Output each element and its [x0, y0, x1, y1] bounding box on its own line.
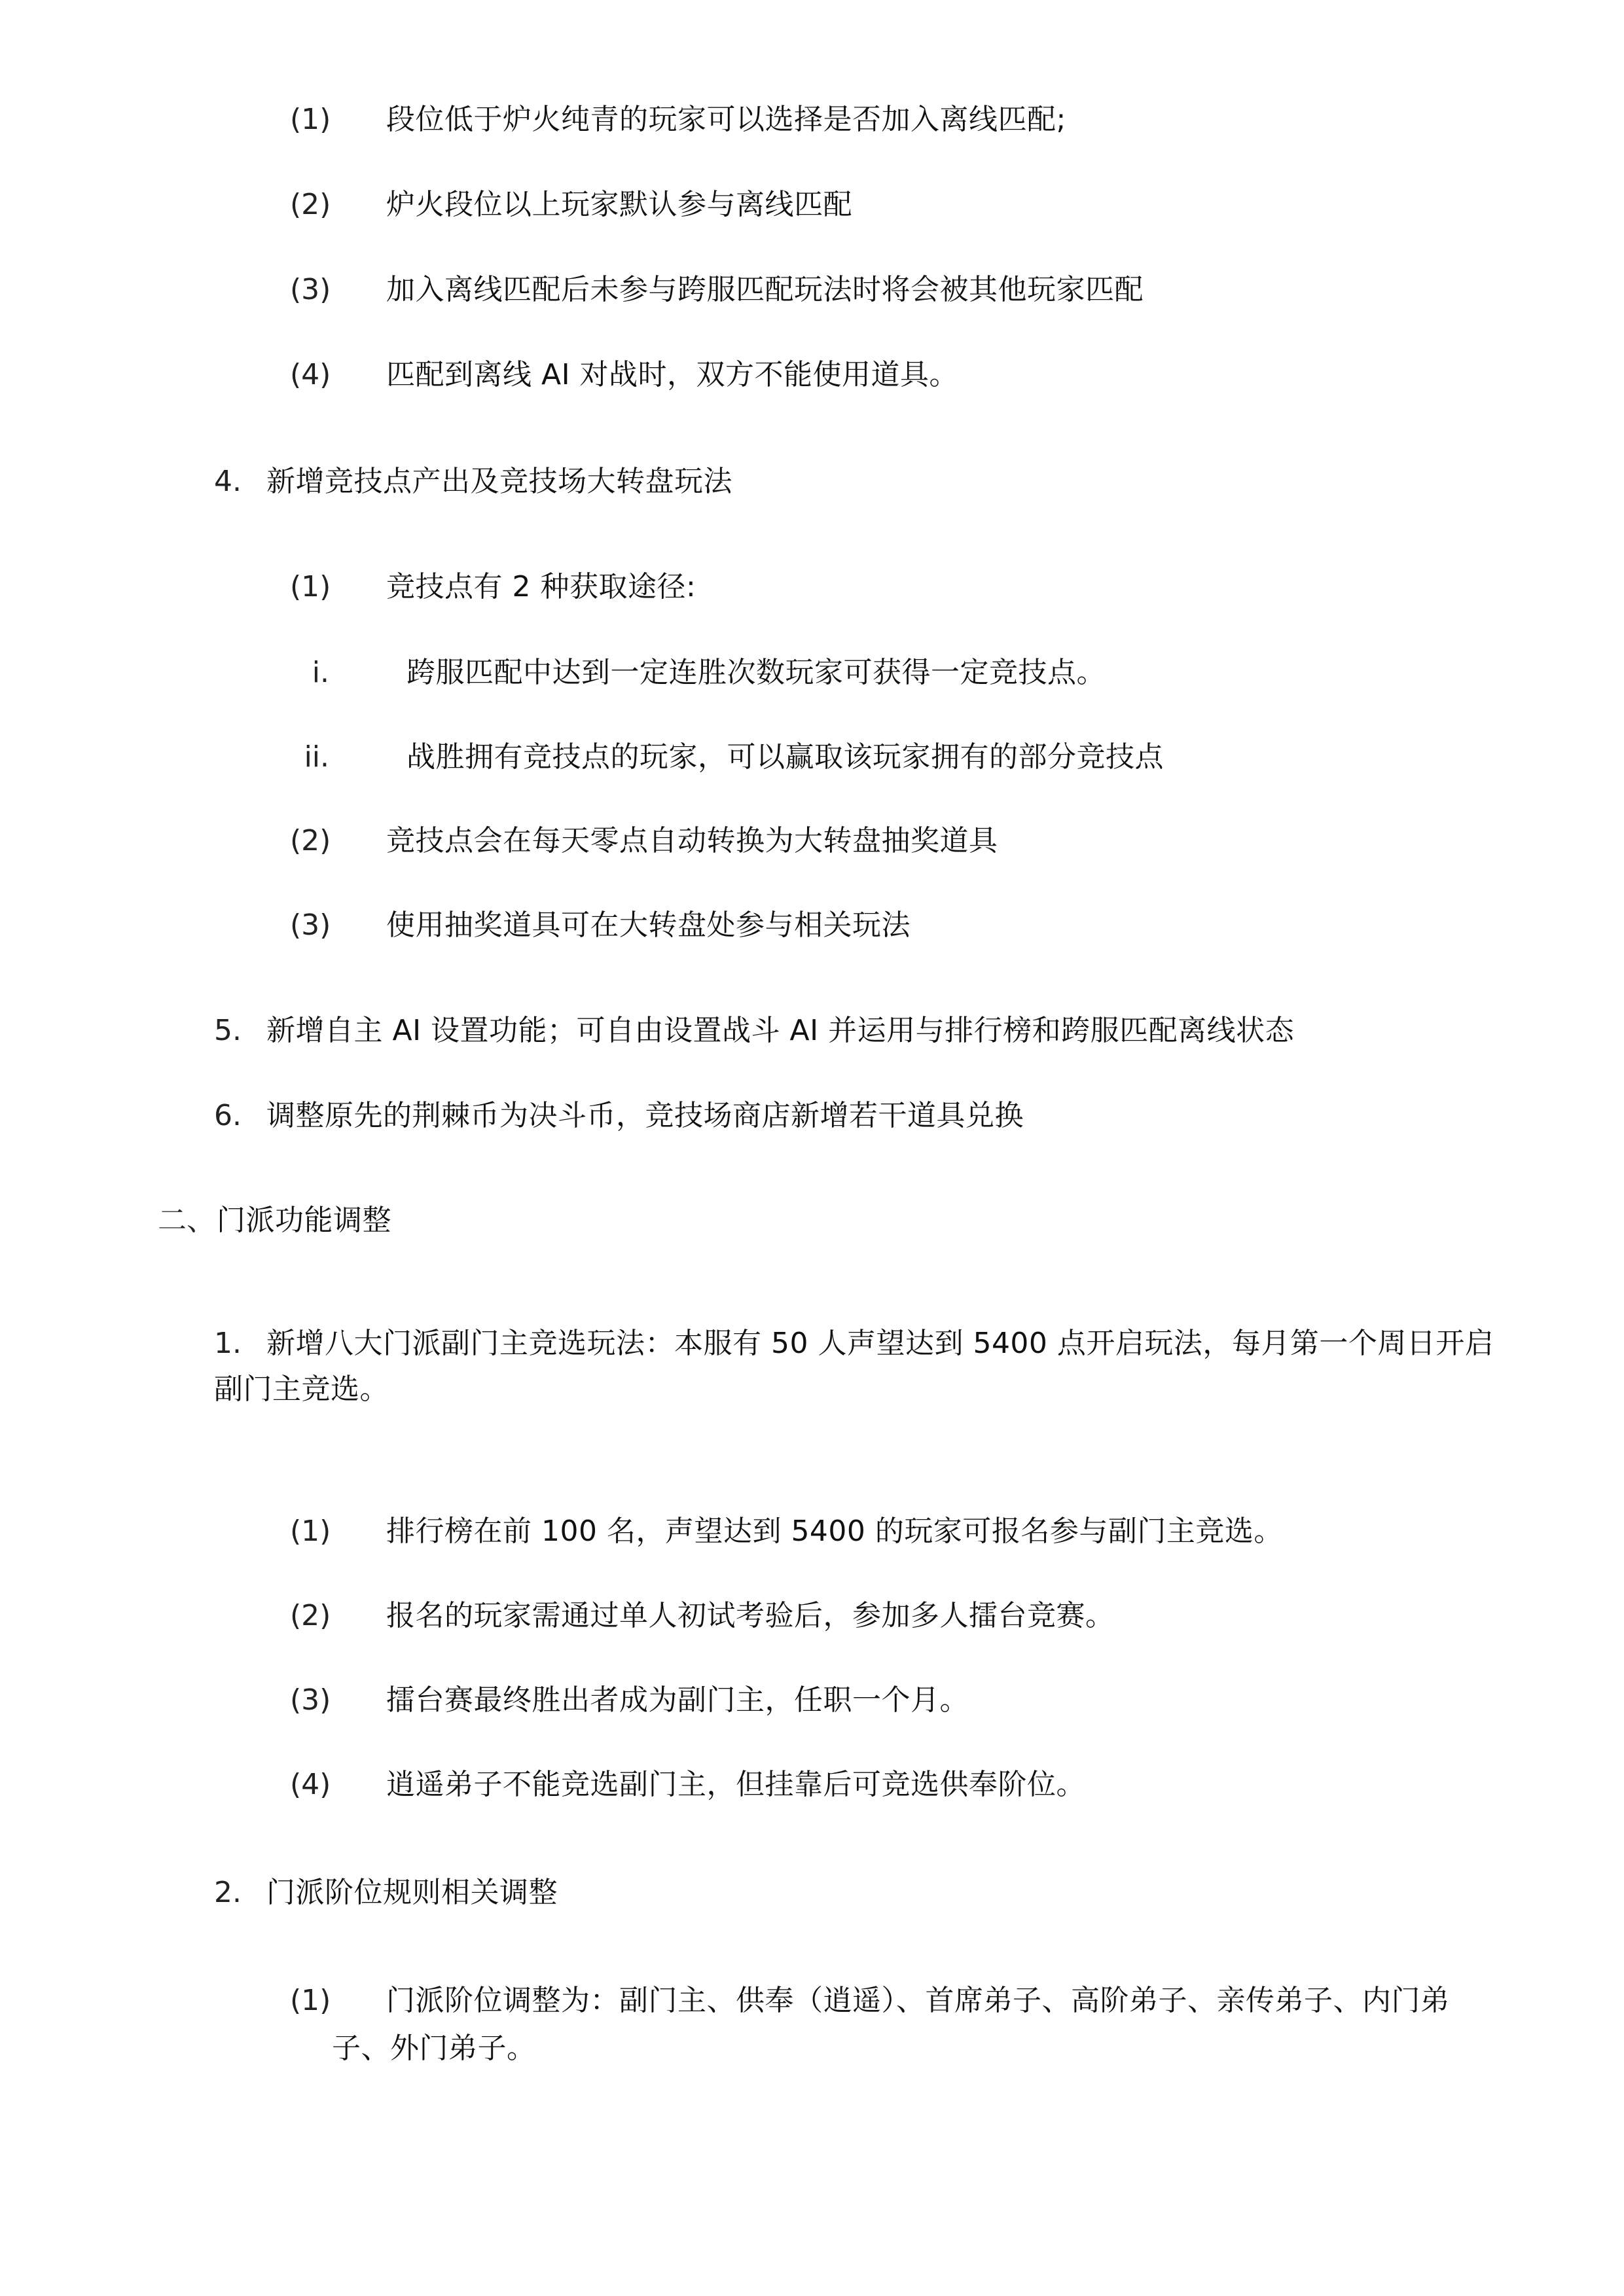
list-marker: 1. [214, 1320, 242, 1367]
list-item-text: 门派阶位规则相关调整 [266, 1869, 558, 1916]
list-item-text: 新增自主 AI 设置功能；可自由设置战斗 AI 并运用与排行榜和跨服匹配离线状态 [266, 1007, 1294, 1054]
list-marker: (1) [290, 564, 331, 611]
list-item-text: 匹配到离线 AI 对战时，双方不能使用道具。 [386, 351, 958, 399]
list-marker: (3) [290, 902, 331, 949]
list-marker: (4) [290, 351, 331, 399]
list-item-text: 跨服匹配中达到一定连胜次数玩家可获得一定竞技点。 [406, 649, 1106, 696]
list-item-text: 竞技点会在每天零点自动转换为大转盘抽奖道具 [386, 817, 998, 865]
list-item-text: 炉火段位以上玩家默认参与离线匹配 [386, 181, 852, 228]
list-marker: (1) [290, 1508, 331, 1555]
list-marker: 2. [214, 1869, 242, 1916]
list-item-text: 新增八大门派副门主竞选玩法：本服有 50 人声望达到 5400 点开启玩法，每月… [266, 1320, 1494, 1367]
list-marker: 6. [214, 1092, 242, 1139]
list-item-text: 加入离线匹配后未参与跨服匹配玩法时将会被其他玩家匹配 [386, 266, 1144, 314]
list-marker: (3) [290, 1677, 331, 1724]
list-marker: ii. [277, 734, 329, 781]
section-heading-text: 门派功能调整 [217, 1197, 391, 1244]
list-marker: (2) [290, 181, 331, 228]
list-item-text: 新增竞技点产出及竞技场大转盘玩法 [266, 458, 732, 505]
document-page: (1) 段位低于炉火纯青的玩家可以选择是否加入离线匹配; (2) 炉火段位以上玩… [0, 0, 1624, 2296]
list-marker: (2) [290, 1592, 331, 1640]
list-item-text-continuation: 子、外门弟子。 [332, 2025, 536, 2072]
list-item-text: 门派阶位调整为：副门主、供奉（逍遥）、首席弟子、高阶弟子、亲传弟子、内门弟 [386, 1977, 1450, 2024]
list-marker: 4. [214, 458, 242, 505]
section-heading-marker: 二、 [158, 1197, 215, 1244]
list-marker: i. [277, 649, 329, 696]
list-marker: (1) [290, 1977, 331, 2024]
list-item-text: 报名的玩家需通过单人初试考验后，参加多人擂台竞赛。 [386, 1592, 1115, 1640]
list-item-text: 使用抽奖道具可在大转盘处参与相关玩法 [386, 902, 911, 949]
list-item-text: 排行榜在前 100 名，声望达到 5400 的玩家可报名参与副门主竞选。 [386, 1508, 1283, 1555]
list-item-text-continuation: 副门主竞选。 [214, 1366, 389, 1413]
list-marker: (2) [290, 817, 331, 865]
list-marker: (1) [290, 96, 331, 143]
list-item-text: 战胜拥有竞技点的玩家，可以赢取该玩家拥有的部分竞技点 [406, 734, 1164, 781]
list-marker: (3) [290, 266, 331, 314]
list-marker: 5. [214, 1007, 242, 1054]
list-item-text: 调整原先的荆棘币为决斗币，竞技场商店新增若干道具兑换 [266, 1092, 1024, 1139]
list-item-text: 逍遥弟子不能竞选副门主，但挂靠后可竞选供奉阶位。 [386, 1761, 1085, 1808]
list-item-text: 竞技点有 2 种获取途径: [386, 564, 696, 611]
list-marker: (4) [290, 1761, 331, 1808]
list-item-text: 段位低于炉火纯青的玩家可以选择是否加入离线匹配; [386, 96, 1066, 143]
list-item-text: 擂台赛最终胜出者成为副门主，任职一个月。 [386, 1677, 969, 1724]
